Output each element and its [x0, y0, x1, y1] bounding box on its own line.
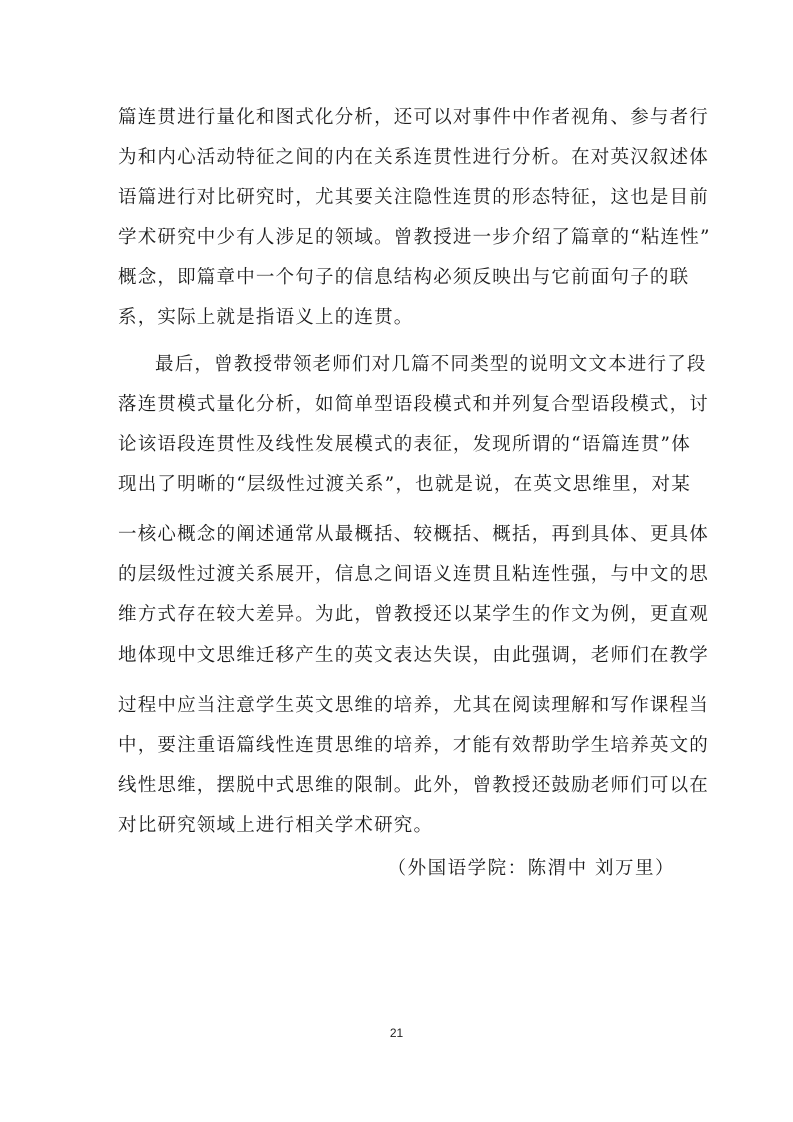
paragraph-1-line-4: 学术研究中少有人涉足的领域。曾教授进一步介绍了篇章的“粘连性” — [118, 226, 678, 250]
paragraph-1-line-6: 系，实际上就是指语义上的连贯。 — [118, 306, 678, 330]
paragraph-2-line-8: 地体现中文思维迁移产生的英文表达失误，由此强调，老师们在教学 — [118, 644, 678, 668]
paragraph-2-line-10: 中，要注重语篇线性连贯思维的培养，才能有效帮助学生培养英文的 — [118, 734, 678, 758]
paragraph-2-line-5: 一核心概念的阐述通常从最概括、较概括、概括，再到具体、更具体 — [118, 523, 678, 547]
paragraph-2-line-11: 线性思维，摆脱中式思维的限制。此外，曾教授还鼓励老师们可以在 — [118, 774, 678, 798]
paragraph-2-line-2: 落连贯模式量化分析，如简单型语段模式和并列复合型语段模式，讨 — [118, 393, 678, 417]
author-signature: （外国语学院：陈渭中 刘万里） — [388, 854, 675, 880]
paragraph-1-line-3: 语篇进行对比研究时，尤其要关注隐性连贯的形态特征，这也是目前 — [118, 186, 678, 210]
page-number: 21 — [0, 1026, 793, 1040]
paragraph-2-line-9: 过程中应当注意学生英文思维的培养，尤其在阅读理解和写作课程当 — [118, 694, 678, 718]
paragraph-2-line-7: 维方式存在较大差异。为此，曾教授还以某学生的作文为例，更直观 — [118, 603, 678, 627]
paragraph-2-line-4: 现出了明晰的“层级性过渡关系”，也就是说，在英文思维里，对某 — [118, 473, 678, 497]
paragraph-2-line-6: 的层级性过渡关系展开，信息之间语义连贯且粘连性强，与中文的思 — [118, 563, 678, 587]
document-page: 篇连贯进行量化和图式化分析，还可以对事件中作者视角、参与者行 为和内心活动特征之… — [0, 0, 793, 1122]
paragraph-1-line-2: 为和内心活动特征之间的内在关系连贯性进行分析。在对英汉叙述体 — [118, 146, 678, 170]
paragraph-2-line-1: 最后，曾教授带领老师们对几篇不同类型的说明文文本进行了段 — [155, 353, 678, 377]
paragraph-2-line-3: 论该语段连贯性及线性发展模式的表征，发现所谓的“语篇连贯”体 — [118, 433, 678, 457]
paragraph-1-line-5: 概念，即篇章中一个句子的信息结构必须反映出与它前面句子的联 — [118, 266, 678, 290]
paragraph-2-line-12: 对比研究领域上进行相关学术研究。 — [118, 814, 678, 838]
paragraph-1-line-1: 篇连贯进行量化和图式化分析，还可以对事件中作者视角、参与者行 — [118, 106, 678, 130]
